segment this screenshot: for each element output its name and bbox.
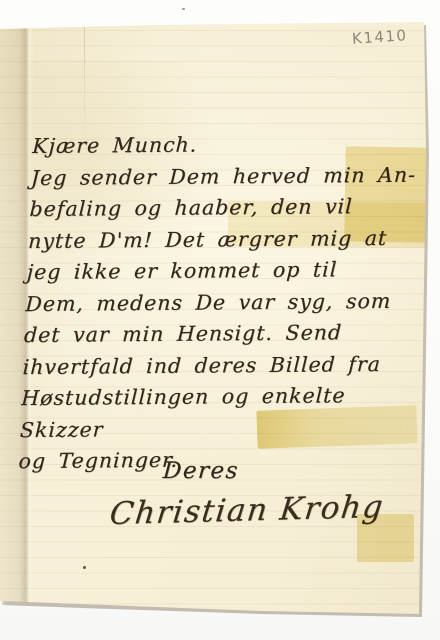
tape-patch-signature	[357, 514, 414, 562]
ink-speck	[83, 566, 86, 569]
catalog-number: K1410	[351, 26, 408, 48]
tape-patch-right-lower	[228, 201, 426, 248]
tape-patch-middle	[256, 405, 417, 449]
letter-line: det var min Hensigt. Send	[23, 317, 424, 352]
letter-page: K1410 Kjære Munch. Jeg sender Dem herved…	[0, 0, 440, 640]
letter-line: jeg ikke er kommet op til	[26, 254, 427, 289]
letter-closing: Deres	[162, 458, 240, 484]
signature: Christian Krohg	[108, 489, 386, 532]
dust-speck	[182, 8, 185, 10]
scan-background: K1410 Kjære Munch. Jeg sender Dem herved…	[0, 0, 440, 640]
letter-line: Dem, medens De var syg, som	[25, 285, 426, 320]
letter-line: ihvertfald ind deres Billed fra	[22, 348, 423, 383]
